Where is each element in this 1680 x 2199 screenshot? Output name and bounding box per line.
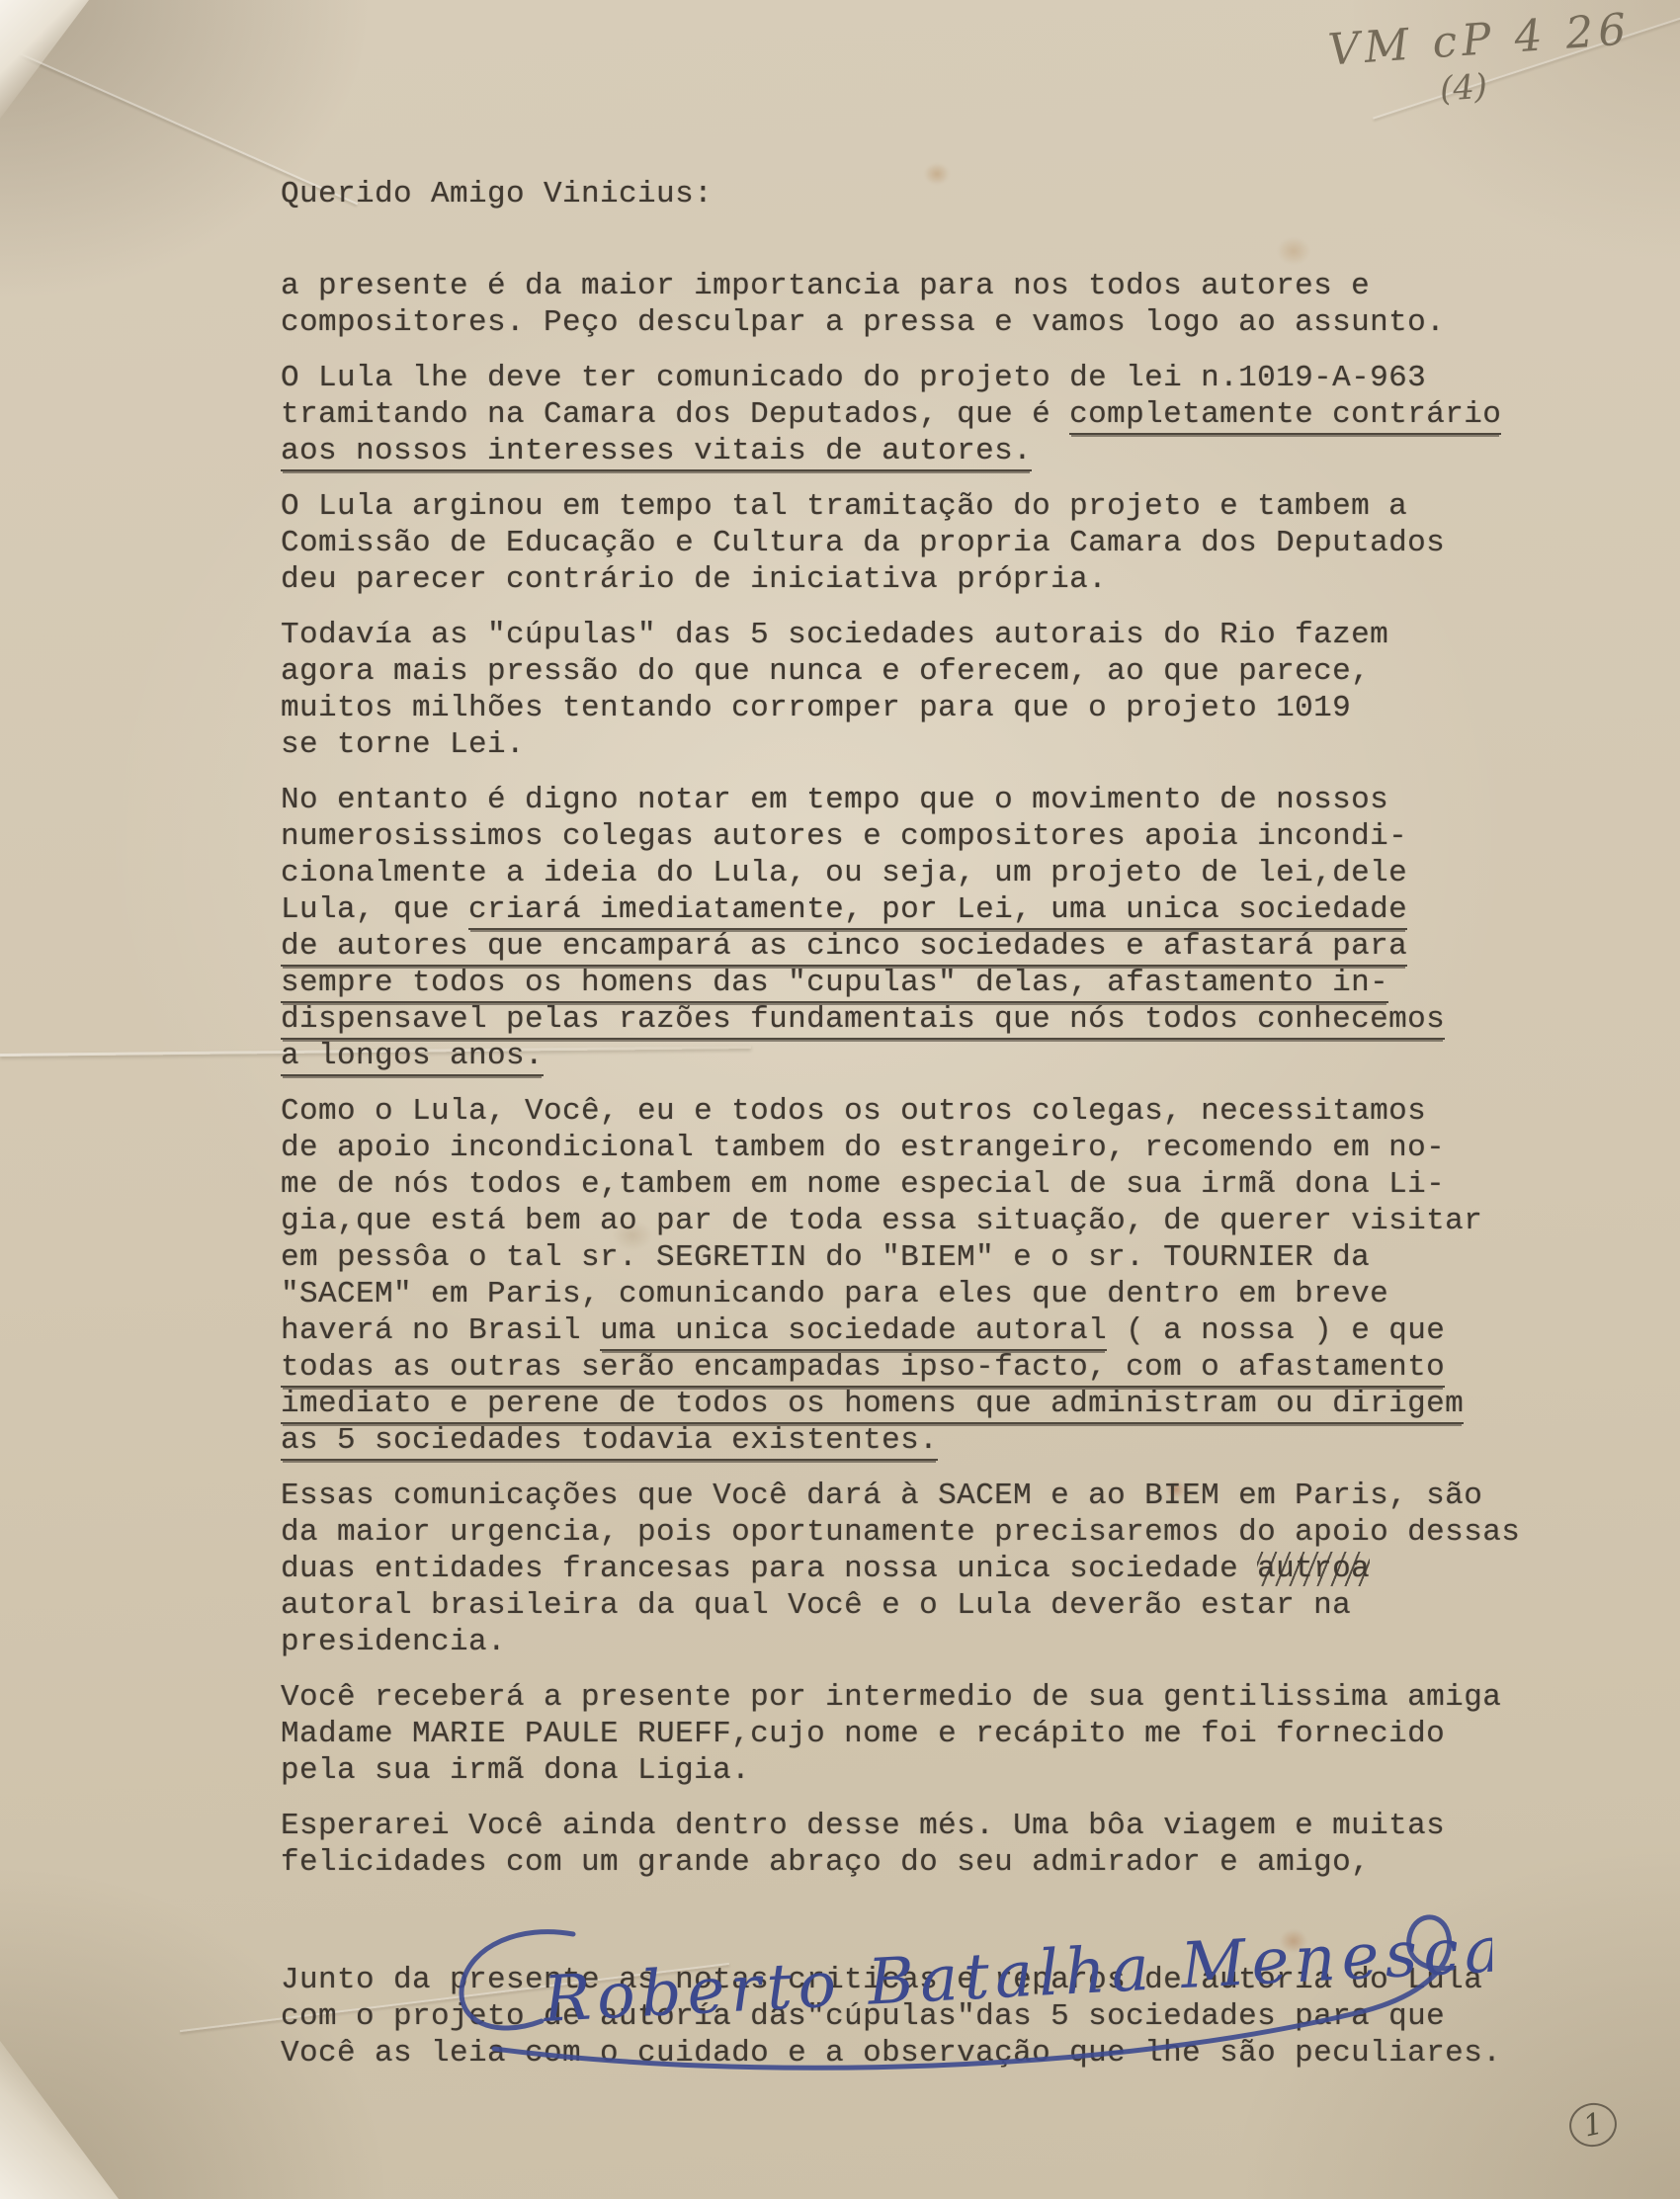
letter-line: No entanto é digno notar em tempo que o … xyxy=(281,782,1640,818)
letter-text: me de nós todos e,tambem em nome especia… xyxy=(281,1167,1445,1202)
letter-line: dispensavel pelas razões fundamentais qu… xyxy=(281,1001,1640,1038)
underlined-text: todas as outras serão encampadas ipso-fa… xyxy=(281,1350,1445,1388)
letter-text: Essas comunicações que Você dará à SACEM… xyxy=(281,1479,1482,1513)
paragraph: a presente é da maior importancia para n… xyxy=(281,268,1640,341)
letter-line: duas entidades francesas para nossa unic… xyxy=(281,1551,1640,1587)
letter-text: "SACEM" em Paris, comunicando para eles … xyxy=(281,1277,1388,1311)
underlined-text: de autores que encampará as cinco socied… xyxy=(281,929,1407,967)
letter-line: Esperarei Você ainda dentro desse més. U… xyxy=(281,1808,1640,1844)
underlined-text: imediato e perene de todos os homens que… xyxy=(281,1387,1464,1424)
letter-line: Comissão de Educação e Cultura da propri… xyxy=(281,525,1640,561)
letter-line: agora mais pressão do que nunca e oferec… xyxy=(281,653,1640,690)
letter-text: autoral brasileira da qual Você e o Lula… xyxy=(281,1588,1351,1623)
signature-name: Roberto Batalha Menescal xyxy=(541,1912,1492,2037)
underlined-text: as 5 sociedades todavia existentes. xyxy=(281,1423,938,1461)
underlined-text: dispensavel pelas razões fundamentais qu… xyxy=(281,1002,1445,1040)
letter-line: presidencia. xyxy=(281,1624,1640,1660)
letter-text: em pessôa o tal sr. SEGRETIN do "BIEM" e… xyxy=(281,1240,1370,1275)
letter-text: pela sua irmã dona Ligia. xyxy=(281,1753,750,1788)
letter-text: O Lula lhe deve ter comunicado do projet… xyxy=(281,361,1426,395)
signature-flourish: Roberto Batalha Menescal xyxy=(425,1873,1492,2090)
underlined-text: sempre todos os homens das "cupulas" del… xyxy=(281,966,1388,1003)
letter-line: a longos anos. xyxy=(281,1038,1640,1074)
letter-text: Todavía as "cúpulas" das 5 sociedades au… xyxy=(281,618,1388,652)
letter-text: Comissão de Educação e Cultura da propri… xyxy=(281,526,1445,560)
paragraph: Como o Lula, Você, eu e todos os outros … xyxy=(281,1093,1640,1459)
letter-line: Como o Lula, Você, eu e todos os outros … xyxy=(281,1093,1640,1130)
paragraph: No entanto é digno notar em tempo que o … xyxy=(281,782,1640,1074)
letter-line: as 5 sociedades todavia existentes. xyxy=(281,1422,1640,1459)
paragraph: Esperarei Você ainda dentro desse més. U… xyxy=(281,1808,1640,1881)
letter-text: haverá no Brasil xyxy=(281,1313,600,1348)
letter-line: cionalmente a ideia do Lula, ou seja, um… xyxy=(281,855,1640,891)
letter-text: presidencia. xyxy=(281,1625,506,1659)
letter-text: tramitando na Camara dos Deputados, que … xyxy=(281,397,1069,432)
letter-line: Você receberá a presente por intermedio … xyxy=(281,1679,1640,1716)
letter-text: da maior urgencia, pois oportunamente pr… xyxy=(281,1515,1520,1550)
letter-line: todas as outras serão encampadas ipso-fa… xyxy=(281,1349,1640,1386)
letter-line: "SACEM" em Paris, comunicando para eles … xyxy=(281,1276,1640,1312)
paragraph: O Lula arginou em tempo tal tramitação d… xyxy=(281,488,1640,598)
letter-line: Lula, que criará imediatamente, por Lei,… xyxy=(281,891,1640,928)
letter-line: de autores que encampará as cinco socied… xyxy=(281,928,1640,965)
underlined-text: aos nossos interesses vitais de autores. xyxy=(281,434,1032,471)
letter-text: gia,que está bem ao par de toda essa sit… xyxy=(281,1204,1482,1238)
letter-line: muitos milhões tentando corromper para q… xyxy=(281,690,1640,726)
letter-line: sempre todos os homens das "cupulas" del… xyxy=(281,965,1640,1001)
letter-text: a presente é da maior importancia para n… xyxy=(281,269,1370,303)
letter-text: agora mais pressão do que nunca e oferec… xyxy=(281,654,1370,689)
paragraph: Todavía as "cúpulas" das 5 sociedades au… xyxy=(281,617,1640,763)
underlined-text: uma unica sociedade autoral xyxy=(600,1313,1107,1351)
letter-text: Lula, que xyxy=(281,892,468,927)
letter-line: aos nossos interesses vitais de autores. xyxy=(281,433,1640,469)
letter-line: tramitando na Camara dos Deputados, que … xyxy=(281,396,1640,433)
letter-line: O Lula lhe deve ter comunicado do projet… xyxy=(281,360,1640,396)
letter-line: Essas comunicações que Você dará à SACEM… xyxy=(281,1478,1640,1514)
letter-text: Você receberá a presente por intermedio … xyxy=(281,1680,1501,1715)
letter-line: de apoio incondicional tambem do estrang… xyxy=(281,1130,1640,1166)
letter-text: O Lula arginou em tempo tal tramitação d… xyxy=(281,489,1407,524)
letter-text: ( a nossa ) e que xyxy=(1107,1313,1445,1348)
letter-line: da maior urgencia, pois oportunamente pr… xyxy=(281,1514,1640,1551)
letter-text: duas entidades francesas para nossa unic… xyxy=(281,1552,1257,1586)
letter-text: Madame MARIE PAULE RUEFF,cujo nome e rec… xyxy=(281,1717,1445,1751)
letter-line: numerosissimos colegas autores e composi… xyxy=(281,818,1640,855)
letter-text: compositores. Peço desculpar a pressa e … xyxy=(281,305,1445,340)
page-number: 1 xyxy=(1580,2106,1606,2144)
letter-line: compositores. Peço desculpar a pressa e … xyxy=(281,304,1640,341)
letter-line: deu parecer contrário de iniciativa próp… xyxy=(281,561,1640,598)
letter-line: haverá no Brasil uma unica sociedade aut… xyxy=(281,1312,1640,1349)
letter-line: a presente é da maior importancia para n… xyxy=(281,268,1640,304)
salutation: Querido Amigo Vinicius: xyxy=(281,176,1640,212)
letter-line: Madame MARIE PAULE RUEFF,cujo nome e rec… xyxy=(281,1716,1640,1752)
letter-line: imediato e perene de todos os homens que… xyxy=(281,1386,1640,1422)
paragraph: Essas comunicações que Você dará à SACEM… xyxy=(281,1478,1640,1660)
letter-text: Esperarei Você ainda dentro desse més. U… xyxy=(281,1809,1445,1843)
underlined-text: a longos anos. xyxy=(281,1039,544,1076)
letter-line: pela sua irmã dona Ligia. xyxy=(281,1752,1640,1789)
letter-text: numerosissimos colegas autores e composi… xyxy=(281,819,1407,854)
signature: Roberto Batalha Menescal xyxy=(425,1873,1492,2090)
letter-line: O Lula arginou em tempo tal tramitação d… xyxy=(281,488,1640,525)
letter: Querido Amigo Vinicius: a presente é da … xyxy=(281,176,1640,2090)
letter-body: a presente é da maior importancia para n… xyxy=(281,268,1640,2072)
letter-line: autoral brasileira da qual Você e o Lula… xyxy=(281,1587,1640,1624)
letter-text: se torne Lei. xyxy=(281,727,525,762)
underlined-text: criará imediatamente, por Lei, uma unica… xyxy=(468,892,1407,930)
letter-text: No entanto é digno notar em tempo que o … xyxy=(281,783,1388,817)
letter-text: muitos milhões tentando corromper para q… xyxy=(281,691,1351,725)
letter-text: Como o Lula, Você, eu e todos os outros … xyxy=(281,1094,1426,1129)
letter-text: de apoio incondicional tambem do estrang… xyxy=(281,1131,1445,1165)
paragraph: O Lula lhe deve ter comunicado do projet… xyxy=(281,360,1640,469)
struck-out-text: autroa xyxy=(1257,1552,1370,1586)
paragraph: Você receberá a presente por intermedio … xyxy=(281,1679,1640,1789)
underlined-text: completamente contrário xyxy=(1069,397,1501,435)
letter-text: deu parecer contrário de iniciativa próp… xyxy=(281,562,1107,597)
letter-line: em pessôa o tal sr. SEGRETIN do "BIEM" e… xyxy=(281,1239,1640,1276)
letter-line: Todavía as "cúpulas" das 5 sociedades au… xyxy=(281,617,1640,653)
letter-text: cionalmente a ideia do Lula, ou seja, um… xyxy=(281,856,1407,890)
letter-line: me de nós todos e,tambem em nome especia… xyxy=(281,1166,1640,1203)
letter-line: se torne Lei. xyxy=(281,726,1640,763)
letter-line: gia,que está bem ao par de toda essa sit… xyxy=(281,1203,1640,1239)
